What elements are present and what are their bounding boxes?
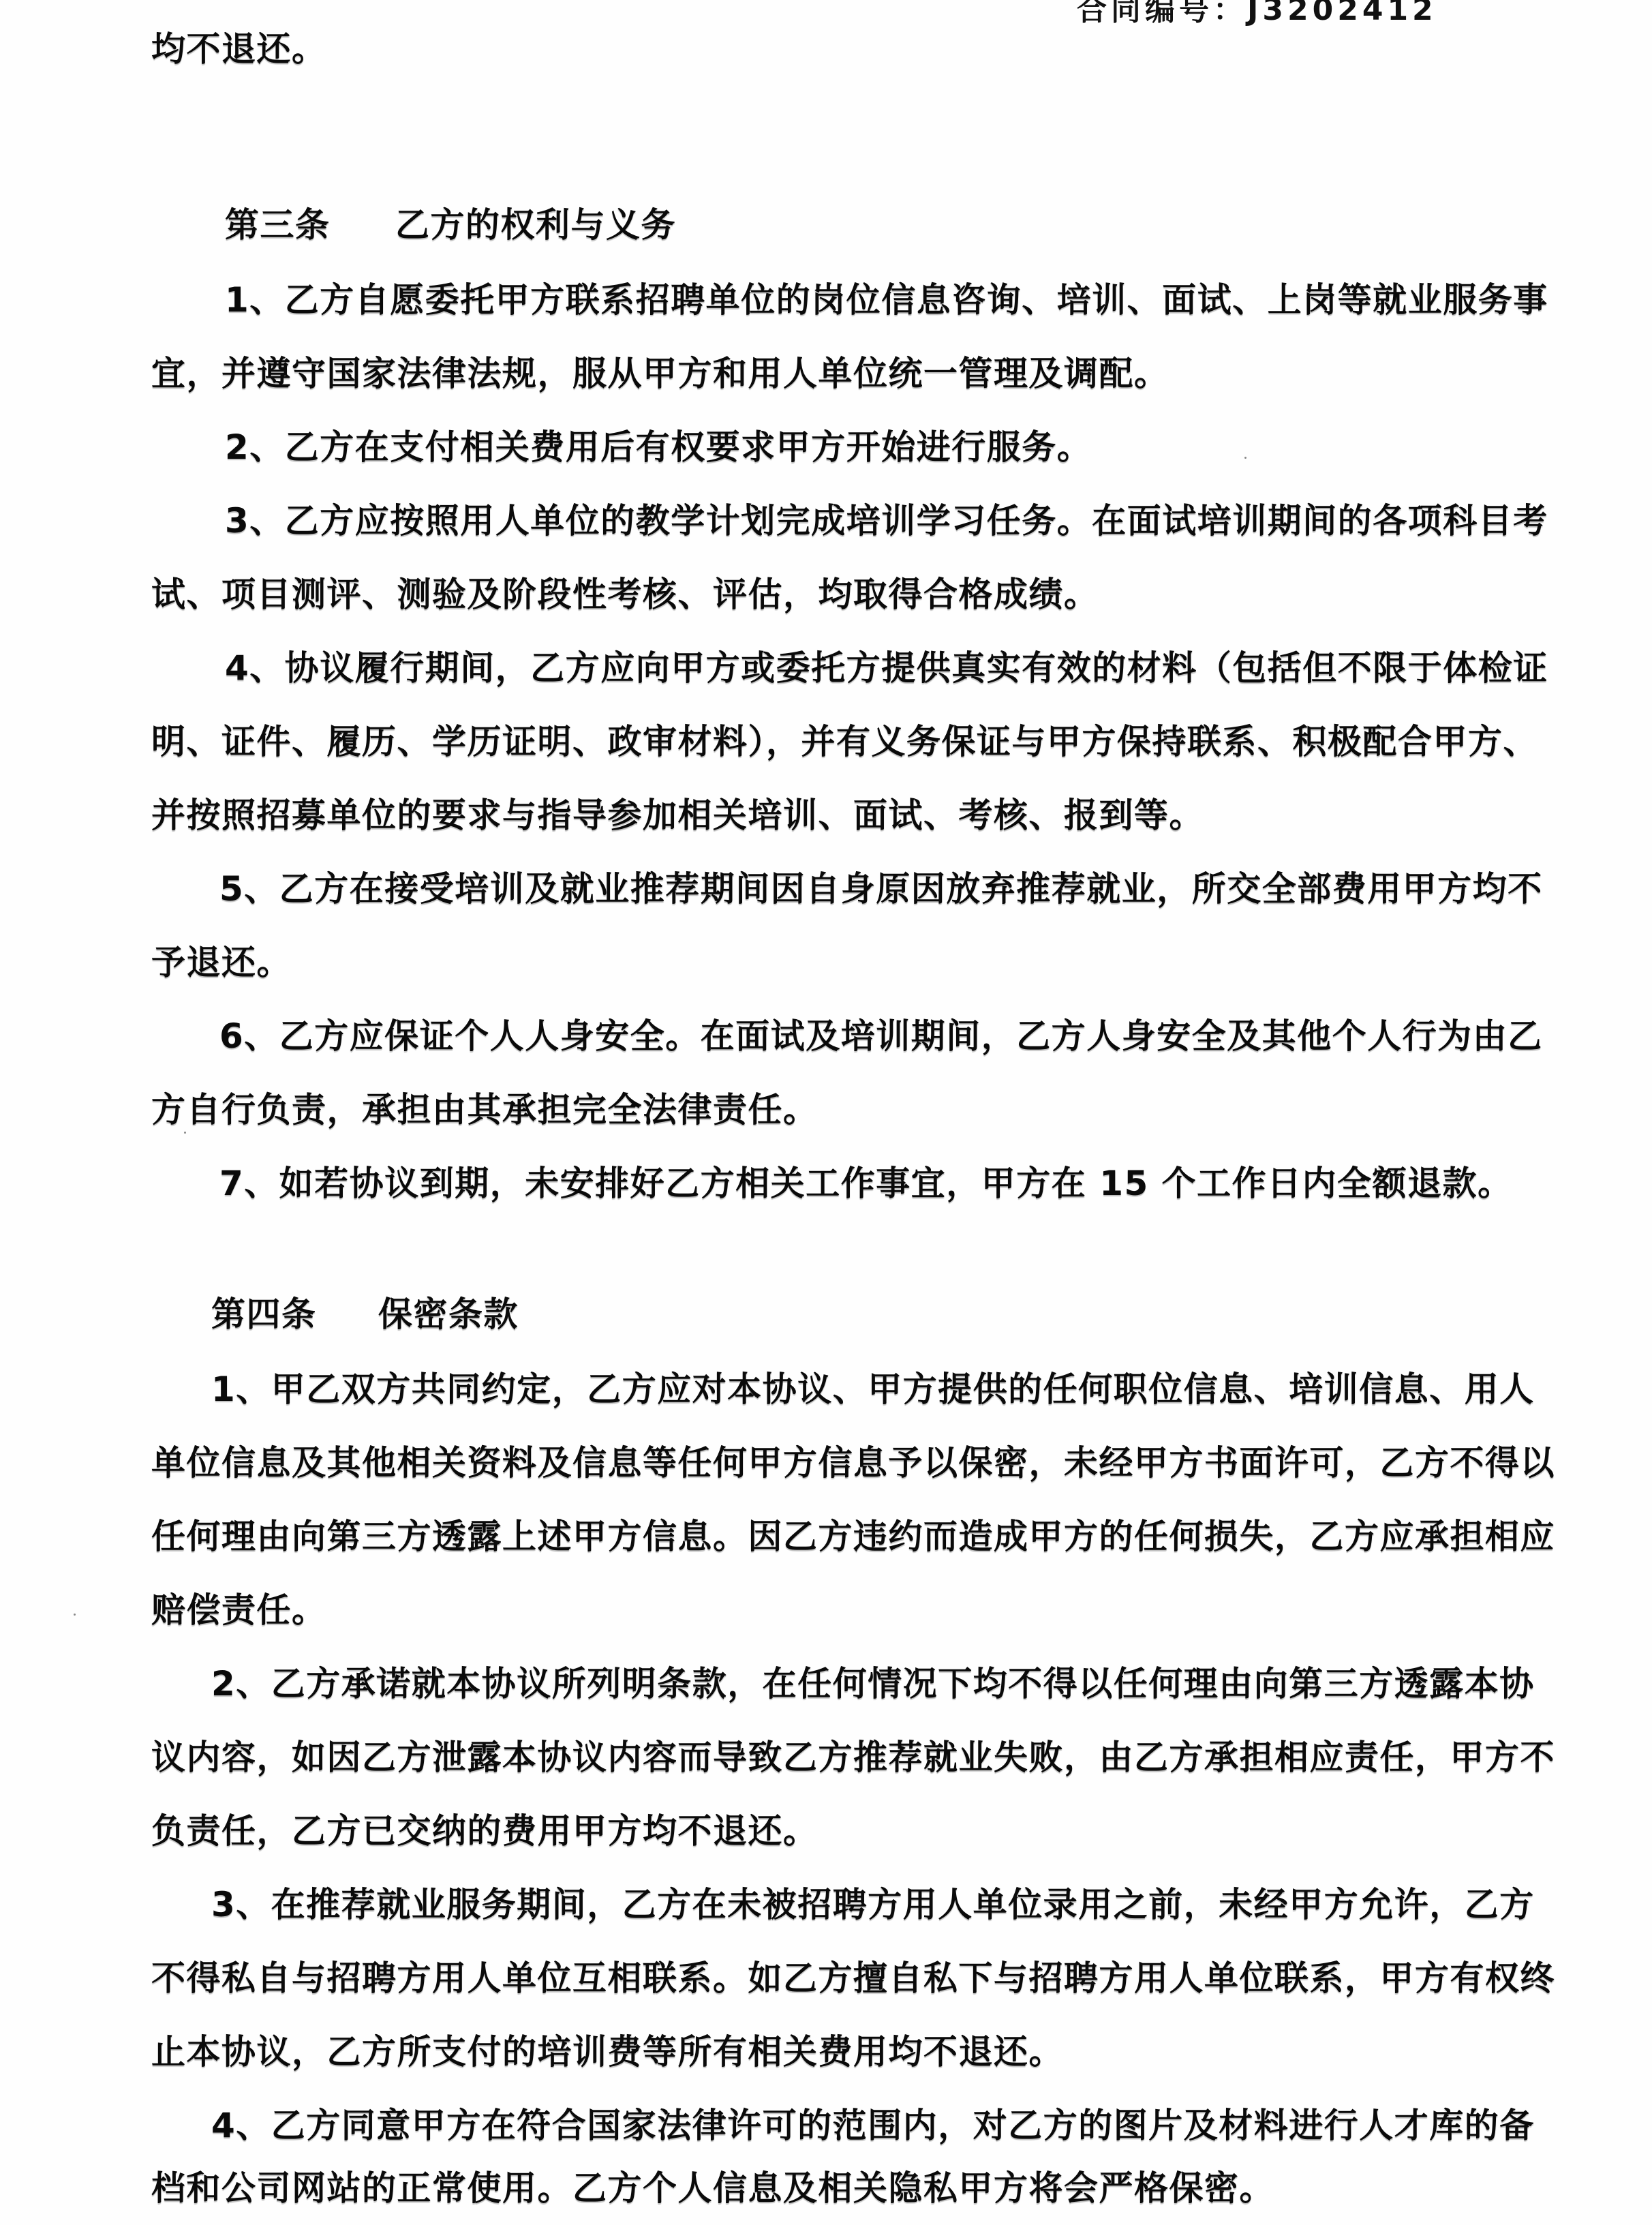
article-4-clause-2-line-1: 2、乙方承诺就本协议所列明条款，在任何情况下均不得以任何理由向第三方透露本协	[211, 1663, 1535, 1704]
article-4-clause-1-line-4: 赔偿责任。	[151, 1590, 327, 1631]
article-4-clause-3-line-1: 3、在推荐就业服务期间，乙方在未被招聘方用人单位录用之前，未经甲方允许，乙方	[211, 1884, 1535, 1925]
article-3-clause-3-line-1: 3、乙方应按照用人单位的教学计划完成培训学习任务。在面试培训期间的各项科目考	[225, 500, 1548, 541]
article-4-clause-4-line-1: 4、乙方同意甲方在符合国家法律许可的范围内，对乙方的图片及材料进行人才库的备	[211, 2105, 1535, 2146]
article-3-clause-5-line-2: 予退还。	[151, 942, 292, 983]
document-number-header: 合同编号：J3202412	[1077, 0, 1437, 29]
article-4-clause-1-line-2: 单位信息及其他相关资料及信息等任何甲方信息予以保密，未经甲方书面许可，乙方不得以	[151, 1442, 1555, 1483]
article-4-clause-3-line-2: 不得私自与招聘方用人单位互相联系。如乙方擅自私下与招聘方用人单位联系，甲方有权终	[151, 1958, 1555, 1999]
article-4-clause-2-line-2: 议内容，如因乙方泄露本协议内容而导致乙方推荐就业失败，由乙方承担相应责任，甲方不	[151, 1737, 1555, 1778]
article-3-clause-3-line-2: 试、项目测评、测验及阶段性考核、评估，均取得合格成绩。	[151, 574, 1099, 615]
article-3-clause-6-line-2: 方自行负责，承担由其承担完全法律责任。	[151, 1089, 819, 1130]
article-4-clause-1-line-3: 任何理由向第三方透露上述甲方信息。因乙方违约而造成甲方的任何损失，乙方应承担相应	[151, 1516, 1555, 1557]
article-4-number: 第四条	[211, 1294, 378, 1335]
article-3-clause-6-line-1: 6、乙方应保证个人人身安全。在面试及培训期间，乙方人身安全及其他个人行为由乙	[219, 1016, 1543, 1057]
article-4-clause-4-line-2: 档和公司网站的正常使用。乙方个人信息及相关隐私甲方将会严格保密。	[151, 2168, 1274, 2209]
article-3-clause-7-line-1: 7、如若协议到期，未安排好乙方相关工作事宜，甲方在 15 个工作日内全额退款。	[219, 1163, 1513, 1204]
article-3-clause-4-line-2: 明、证件、履历、学历证明、政审材料），并有义务保证与甲方保持联系、积极配合甲方、	[151, 721, 1538, 762]
scan-artifact	[1244, 457, 1246, 459]
article-4-heading: 第四条保密条款	[211, 1294, 519, 1335]
scan-artifact	[74, 1614, 76, 1616]
scan-artifact	[184, 1132, 186, 1134]
article-3-clause-5-line-1: 5、乙方在接受培训及就业推荐期间因自身原因放弃推荐就业，所交全部费用甲方均不	[219, 868, 1543, 909]
article-3-clause-4-line-1: 4、协议履行期间，乙方应向甲方或委托方提供真实有效的材料（包括但不限于体检证	[225, 648, 1548, 688]
continuation-text: 均不退还。	[151, 29, 327, 70]
article-3-number: 第三条	[225, 205, 395, 245]
article-4-clause-3-line-3: 止本协议，乙方所支付的培训费等所有相关费用均不退还。	[151, 2031, 1064, 2072]
article-3-clause-1-line-2: 宜，并遵守国家法律法规，服从甲方和用人单位统一管理及调配。	[151, 353, 1169, 394]
article-3-clause-1-line-1: 1、乙方自愿委托甲方联系招聘单位的岗位信息咨询、培训、面试、上岗等就业服务事	[225, 279, 1548, 320]
document-page: 合同编号：J3202412 均不退还。 第三条乙方的权利与义务 1、乙方自愿委托…	[0, 0, 1652, 2225]
article-3-title: 乙方的权利与义务	[395, 205, 676, 245]
article-4-clause-1-line-1: 1、甲乙双方共同约定，乙方应对本协议、甲方提供的任何职位信息、培训信息、用人	[211, 1369, 1535, 1410]
article-3-heading: 第三条乙方的权利与义务	[225, 205, 676, 245]
article-3-clause-2-line-1: 2、乙方在支付相关费用后有权要求甲方开始进行服务。	[225, 427, 1092, 468]
article-4-title: 保密条款	[378, 1295, 519, 1334]
article-4-clause-2-line-3: 负责任，乙方已交纳的费用甲方均不退还。	[151, 1811, 819, 1851]
article-3-clause-4-line-3: 并按照招募单位的要求与指导参加相关培训、面试、考核、报到等。	[151, 795, 1204, 836]
